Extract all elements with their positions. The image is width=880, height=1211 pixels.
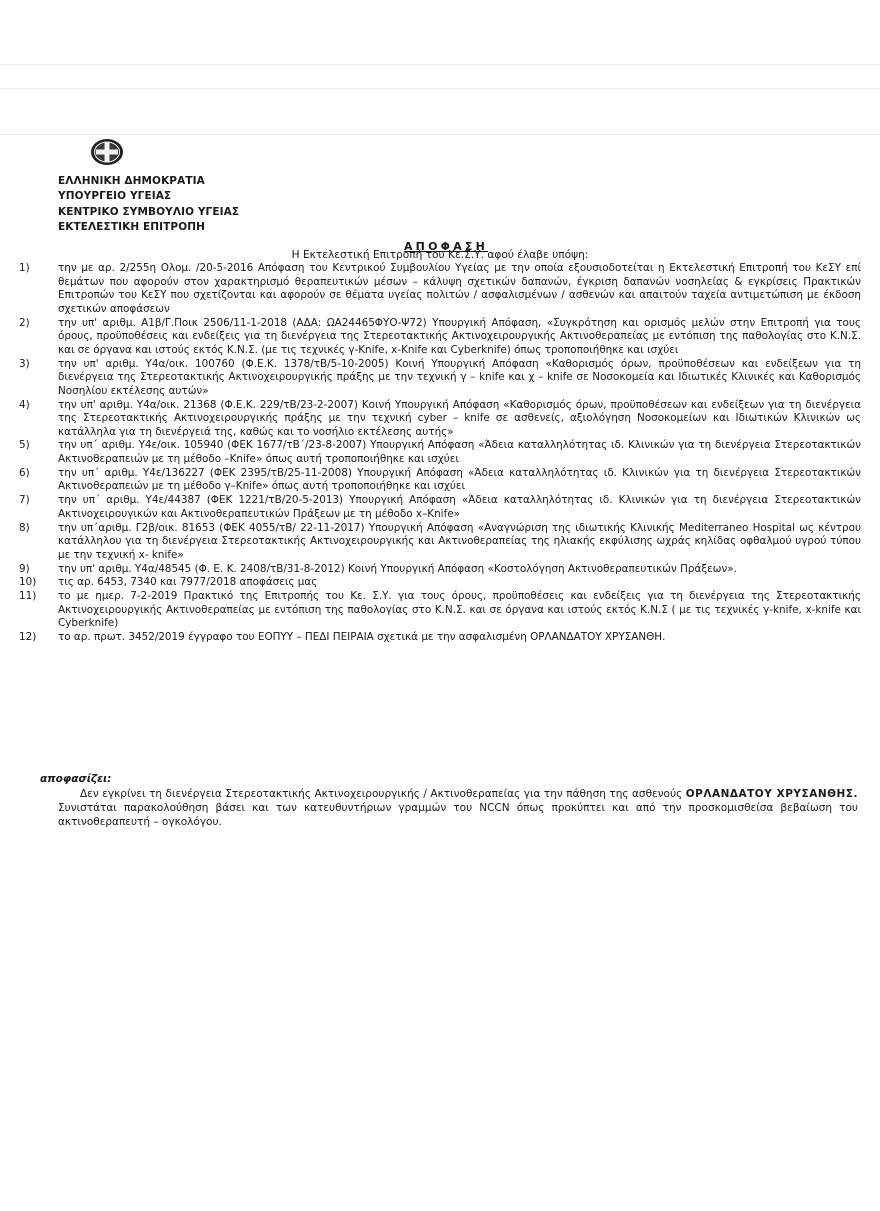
header-line: ΕΛΛΗΝΙΚΗ ΔΗΜΟΚΡΑΤΙΑ [58, 174, 239, 189]
item-number: 3) [19, 358, 30, 372]
list-item: 8)την υπ΄αριθμ. Γ2β/οικ. 81653 (ΦΕΚ 4055… [19, 522, 861, 563]
decision-part-1: Δεν εγκρίνει τη διενέργεια Στερεοτακτική… [80, 788, 686, 800]
patient-name: ΟΡΛΑΝΔΑΤΟΥ ΧΡΥΣΑΝΘΗΣ. [686, 788, 858, 800]
list-item: 3)την υπ' αριθμ. Υ4α/οικ. 100760 (Φ.Ε.Κ.… [19, 358, 861, 399]
list-item: 12)το αρ. πρωτ. 3452/2019 έγγραφο του ΕΟ… [19, 631, 861, 645]
item-text: την υπ' αριθμ. Υ4α/οικ. 21368 (Φ.Ε.Κ. 22… [58, 399, 861, 438]
item-text: την υπ΄ αριθμ. Υ4ε/136227 (ΦΕΚ 2395/τΒ/2… [58, 467, 861, 493]
decides-label: αποφασίζει: [40, 773, 111, 785]
list-item: 9)την υπ' αριθμ. Υ4α/48545 (Φ. Ε. Κ. 240… [19, 563, 861, 577]
item-text: την υπ' αριθμ. Υ4α/οικ. 100760 (Φ.Ε.Κ. 1… [58, 358, 861, 397]
intro-text: Η Εκτελεστική Επιτροπή του Κε.Σ.Υ. αφού … [0, 249, 880, 261]
item-number: 10) [19, 576, 36, 590]
header-line: ΥΠΟΥΡΓΕΙΟ ΥΓΕΙΑΣ [58, 189, 239, 204]
item-number: 6) [19, 467, 30, 481]
header-line: ΚΕΝΤΡΙΚΟ ΣΥΜΒΟΥΛΙΟ ΥΓΕΙΑΣ [58, 205, 239, 220]
item-number: 4) [19, 399, 30, 413]
scan-artifact [0, 134, 880, 135]
item-text: την με αρ. 2/255η Ολομ. /20-5-2016 Απόφα… [58, 262, 861, 315]
item-number: 1) [19, 262, 30, 276]
item-text: την υπ΄ αριθμ. Υ4ε/οικ. 105940 (ΦΕΚ 1677… [58, 439, 861, 465]
list-item: 7)την υπ΄ αριθμ. Υ4ε/44387 (ΦΕΚ 1221/τΒ/… [19, 494, 861, 521]
item-number: 8) [19, 522, 30, 536]
item-number: 12) [19, 631, 36, 645]
scan-artifact [0, 88, 880, 89]
item-number: 7) [19, 494, 30, 508]
item-text: τις αρ. 6453, 7340 και 7977/2018 αποφάσε… [58, 576, 317, 588]
list-item: 6)την υπ΄ αριθμ. Υ4ε/136227 (ΦΕΚ 2395/τΒ… [19, 467, 861, 494]
header-line: ΕΚΤΕΛΕΣΤΙΚΗ ΕΠΙΤΡΟΠΗ [58, 220, 239, 235]
greek-coat-of-arms-icon [90, 138, 124, 166]
item-text: την υπ' αριθμ. Α1β/Γ.Ποικ 2506/11-1-2018… [58, 317, 861, 356]
item-number: 11) [19, 590, 36, 604]
scan-artifact [0, 64, 880, 65]
list-item: 1)την με αρ. 2/255η Ολομ. /20-5-2016 Από… [19, 262, 861, 316]
issuer-header: ΕΛΛΗΝΙΚΗ ΔΗΜΟΚΡΑΤΙΑ ΥΠΟΥΡΓΕΙΟ ΥΓΕΙΑΣ ΚΕΝ… [58, 174, 239, 236]
decision-part-2: Συνιστάται παρακολούθηση βάσει και των κ… [58, 802, 858, 828]
item-text: την υπ' αριθμ. Υ4α/48545 (Φ. Ε. Κ. 2408/… [58, 563, 737, 575]
list-item: 5)την υπ΄ αριθμ. Υ4ε/οικ. 105940 (ΦΕΚ 16… [19, 439, 861, 466]
decision-text: Δεν εγκρίνει τη διενέργεια Στερεοτακτική… [58, 787, 858, 830]
considerations-list: 1)την με αρ. 2/255η Ολομ. /20-5-2016 Από… [19, 262, 861, 645]
item-number: 9) [19, 563, 30, 577]
list-item: 2)την υπ' αριθμ. Α1β/Γ.Ποικ 2506/11-1-20… [19, 317, 861, 358]
item-text: το με ημερ. 7-2-2019 Πρακτικό της Επιτρο… [58, 590, 861, 629]
list-item: 4)την υπ' αριθμ. Υ4α/οικ. 21368 (Φ.Ε.Κ. … [19, 399, 861, 440]
item-text: την υπ΄ αριθμ. Υ4ε/44387 (ΦΕΚ 1221/τΒ/20… [58, 494, 861, 520]
item-number: 5) [19, 439, 30, 453]
item-number: 2) [19, 317, 30, 331]
item-text: το αρ. πρωτ. 3452/2019 έγγραφο του ΕΟΠΥΥ… [58, 631, 665, 643]
item-text: την υπ΄αριθμ. Γ2β/οικ. 81653 (ΦΕΚ 4055/τ… [58, 522, 861, 561]
list-item: 11)το με ημερ. 7-2-2019 Πρακτικό της Επι… [19, 590, 861, 631]
list-item: 10)τις αρ. 6453, 7340 και 7977/2018 αποφ… [19, 576, 861, 590]
